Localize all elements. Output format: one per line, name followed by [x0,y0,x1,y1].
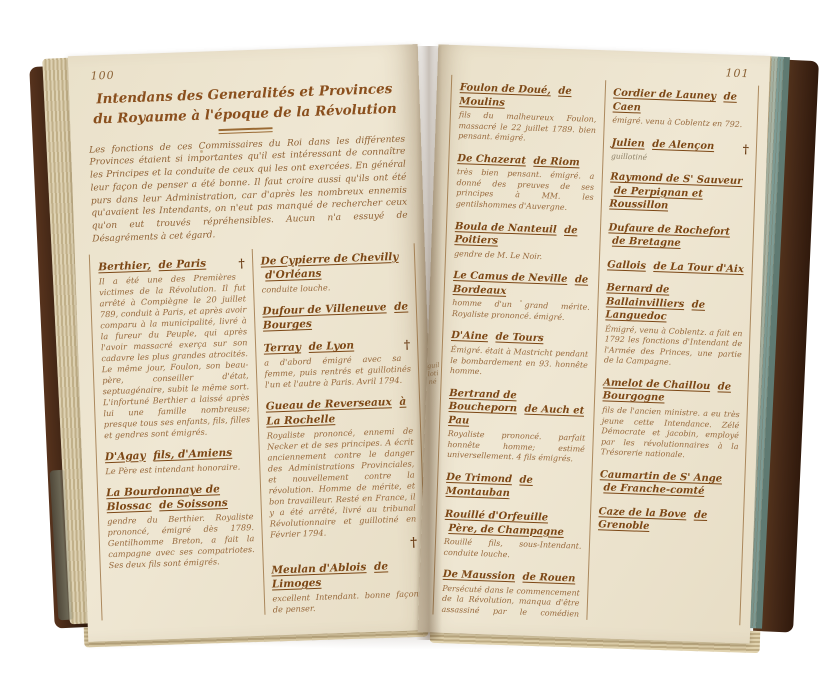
entry-note: Royaliste prononcé. parfait honnête homm… [447,429,586,466]
entry-heading: Caze de la Bove de Grenoble [598,505,736,537]
page-title: Intendans des Generalités et Provinces d… [83,79,406,131]
entry-heading: Meulan d'Ablois de Limoges [271,558,418,591]
left-page-column-1: † Berthier, de Paris Il a été une des Pr… [90,249,264,620]
manuscript-photo: 100 Intendans des Generalités et Provinc… [0,0,840,691]
entry-heading: Caumartin de S' Ange de Franche-comté [599,468,737,500]
entry-heading: Gueau de Reverseaux à La Rochelle [265,395,412,428]
entry-dagay: D'Agay fils, d'Amiens Le Père est intend… [105,445,252,477]
left-page-column-2: De Cypierre de Chevilly d'Orléans condui… [251,243,426,614]
entry-cordier: Cordier de Launey de Caen émigré. venu à… [612,87,751,131]
entry-note: excellent Intendant. bonne façon de pens… [272,588,419,614]
entry-note: Il a été une des Premières victimes de l… [99,271,251,441]
intendant-name: De Maussion [443,569,516,583]
intendant-place: de Riom [533,156,580,169]
left-page: 100 Intendans des Generalités et Provinc… [68,44,438,642]
entry-boula: Boula de Nanteuil de Poitiers gendre de … [454,220,593,264]
intendant-name: D'Aine [451,330,488,342]
entry-heading: Gallois de La Tour d'Aix [607,258,745,276]
entry-heading: Dufaure de Rochefort de Bretagne [608,221,746,253]
intendant-name: Le Camus de Neville [453,270,568,285]
intendant-place: de Alençon [652,139,714,152]
foxing-speck [520,300,522,302]
intendant-name: Rouillé d'Orfeuille [445,509,549,524]
intendant-name: Foulon de Doué, [460,82,551,96]
entry-note: gendre du Berthier. Royaliste prononcé, … [107,511,255,571]
intendant-place: d'Orléans [265,267,322,281]
entry-heading: Bertrand de Boucheporn de Auch et Pau [448,387,587,432]
entry-heading: Bernard de Ballainvilliers de Languedoc [605,281,744,326]
entry-note: Émigré. était à Mastricht pendant le bom… [450,345,589,382]
entry-dufaure: Dufaure de Rochefort de Bretagne [608,221,746,253]
entry-heading: De Trimond de Montauban [446,471,584,503]
intro-paragraph: Les fonctions de ces Commissaires du Roi… [89,133,408,246]
entry-heading: Dufour de Villeneuve de Bourges [262,299,409,332]
intendant-name: Amelot de Chaillou [603,377,710,392]
intendant-place: de Franche-comté [603,483,704,498]
entry-heading: Le Camus de Neville de Bordeaux [453,269,591,301]
intendant-name: De Cypierre de Chevilly [260,251,398,268]
entry-note: gendre de M. Le Noir. [454,249,592,264]
intendant-name: Gueau de Reverseaux [266,397,392,413]
right-page-column-2: Cordier de Launey de Caen émigré. venu à… [586,80,758,625]
title-flourish-rule [218,127,272,134]
entry-berthier: † Berthier, de Paris Il a été une des Pr… [98,255,251,441]
intendant-name: Raymond de S' Sauveur [610,172,742,188]
foxing-speck [385,90,387,92]
entry-lecamus: Le Camus de Neville de Bordeaux homme d'… [452,269,591,324]
foxing-speck [640,480,643,482]
entry-heading: Rouillé d'Orfeuille Père, de Champagne [444,508,582,540]
entry-amelot: Amelot de Chaillou de Bourgogne fils de … [601,376,741,463]
entry-heading: La Bourdonnaye de Blossac de Soissons [106,481,253,514]
entry-meulan: Meulan d'Ablois de Limoges excellent Int… [271,558,419,614]
entry-boucheporn: Bertrand de Boucheporn de Auch et Pau Ro… [447,387,587,466]
intendant-place: de Bretagne [612,236,681,249]
intendant-name: Berthier, [98,259,151,273]
intendant-name: Caze de la Bove [598,506,686,520]
left-page-columns: † Berthier, de Paris Il a été une des Pr… [89,243,428,620]
entry-terray: † Terray de Lyon a d'abord émigré avec s… [263,337,411,391]
right-page-column-1: Foulon de Doué, de Moulins fils du malhe… [433,75,604,620]
intendant-name: Meulan d'Ablois [271,561,366,576]
entry-note: Le Père est intendant honoraire. [105,461,252,477]
entry-note: Royaliste prononcé, ennemi de Necker et … [267,425,417,540]
entry-note: fils du malheureux Foulon, massacré le 2… [458,110,597,147]
book-gutter-shadow [416,46,442,640]
entry-heading: Raymond de S' Sauveur de Perpignan et Ro… [609,171,748,216]
entry-heading: Amelot de Chaillou de Bourgogne [602,376,740,408]
intendant-name: Dufour de Villeneuve [262,301,386,317]
intendant-name: Gallois [607,259,646,271]
intendant-place: de Soissons [159,497,228,511]
right-page: 101 guillotiné Foulon de Doué, de Moulin… [418,44,770,643]
entry-maussion: De Maussion de Rouen Persécuté dans le c… [439,568,580,620]
page-number-left: 100 [90,69,114,83]
entry-note: Rouillé fils, sous-Intendant. conduite l… [443,537,581,563]
entry-gallois: Gallois de La Tour d'Aix [607,258,745,276]
entry-caze: Caze de la Bove de Grenoble [598,505,736,537]
intendant-place: de La Tour d'Aix [653,261,744,275]
intendant-place: de Perpignan et Roussillon [609,185,703,211]
intendant-name: D'Agay [105,449,146,462]
entry-dufour: Dufour de Villeneuve de Bourges [262,299,409,332]
entry-julien: † Julien de Alençon guillotiné [611,136,749,165]
intendant-place: de Paris [158,257,206,271]
intendant-name: De Chazerat [457,153,526,166]
entry-note: émigré. venu à Coblentz en 792. [612,116,750,131]
entry-note: très bien pensant. émigré. a donné des p… [456,167,595,214]
entry-ballainvilliers: Bernard de Ballainvilliers de Languedoc … [604,281,744,371]
entry-note: fils de l'ancien ministre. a eu très jeu… [601,405,740,463]
intendant-name: Cordier de Launey [613,88,716,103]
intendant-name: Dufaure de Rochefort [608,222,730,237]
entry-gueau: Gueau de Reverseaux à La Rochelle Royali… [265,395,417,554]
intendant-name: Terray [264,342,302,355]
intendant-place: de Rouen [522,572,575,585]
entry-chazerat: De Chazerat de Riom très bien pensant. é… [456,152,595,215]
entry-heading: Cordier de Launey de Caen [613,87,751,119]
intendant-place: de Lyon [308,340,354,354]
intendant-name: Julien [611,137,645,149]
entry-blossac: La Bourdonnaye de Blossac de Soissons ge… [106,481,255,571]
entry-daine: D'Aine de Tours Émigré. était à Mastrich… [450,329,589,381]
right-page-columns: Foulon de Doué, de Moulins fils du malhe… [432,75,759,625]
entry-heading: Foulon de Doué, de Moulins [459,81,597,113]
entry-cypierre: De Cypierre de Chevilly d'Orléans condui… [260,249,408,295]
intendant-name: Bernard de Ballainvilliers [606,282,685,309]
dagger-icon: † [238,255,245,271]
entry-trimond: De Trimond de Montauban [446,471,584,503]
intendant-place: de Tours [495,332,543,345]
entry-note: conduite louche. [261,280,408,296]
entry-note: Persécuté dans le commencement de la Rév… [440,584,580,620]
entry-note: Émigré, venu à Coblentz. a fait en 1792 … [604,324,743,371]
intendant-place: fils, d'Amiens [153,446,232,461]
entry-raymond: Raymond de S' Sauveur de Perpignan et Ro… [609,171,748,216]
entry-note: a d'abord émigré avec sa femme, puis ren… [264,353,412,391]
intendant-name: Bertrand de Boucheporn [449,388,518,415]
entry-heading: Boula de Nanteuil de Poitiers [454,220,592,252]
intendant-name: Boula de Nanteuil [455,221,557,236]
intendant-name: De Trimond [446,472,512,485]
intendant-place: Père, de Champagne [448,523,564,538]
entry-foulon: Foulon de Doué, de Moulins fils du malhe… [458,81,598,147]
entry-rouille: Rouillé d'Orfeuille Père, de Champagne R… [443,508,582,563]
entry-note: homme d'un grand mérite. Royaliste prono… [452,298,590,324]
dagger-icon: † [404,337,411,353]
foxing-speck [200,150,203,153]
page-number-right: 101 [725,66,749,80]
entry-caumartin: Caumartin de S' Ange de Franche-comté [599,468,737,500]
entry-heading: De Cypierre de Chevilly d'Orléans [260,249,407,282]
dagger-icon: † [742,141,749,157]
